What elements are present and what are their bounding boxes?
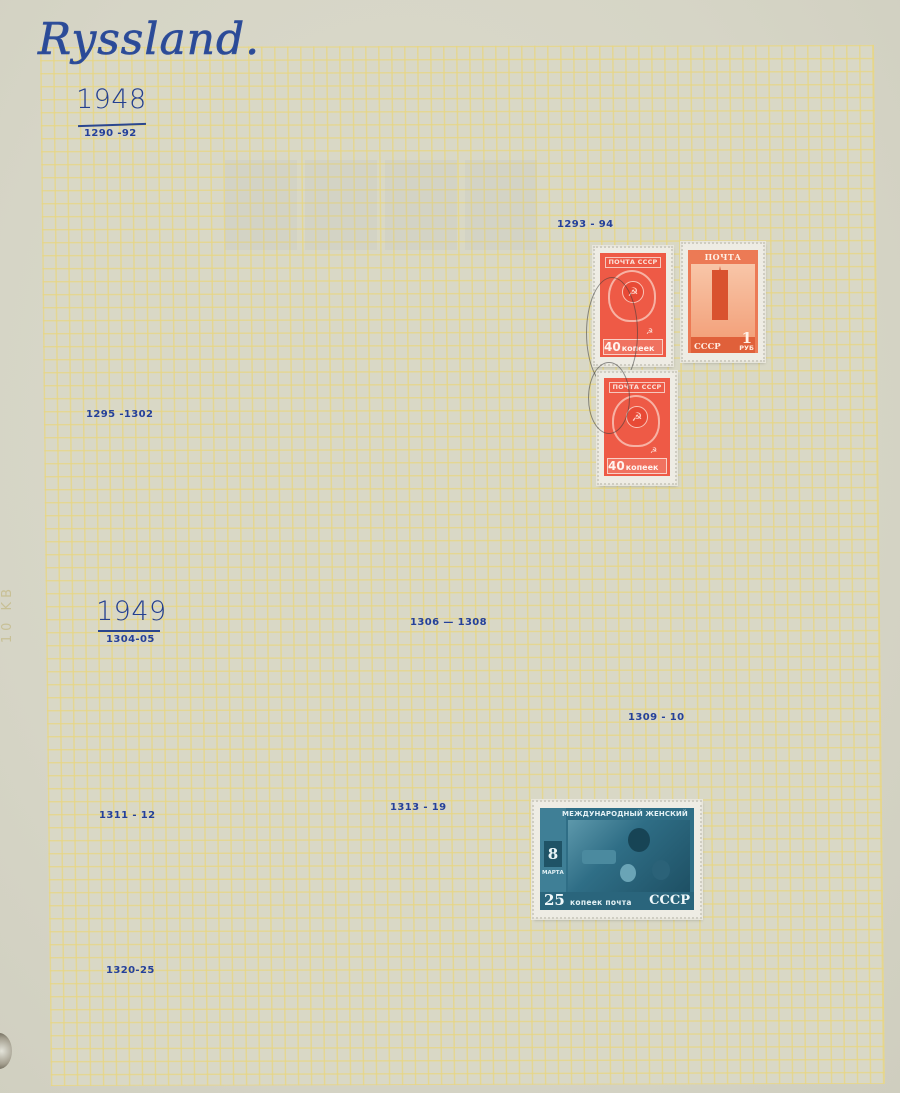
stamp-coat-of-arms-40k: ПОЧТА СССР ☭ ☭ 40копеек <box>598 372 676 484</box>
kremlin-tower-icon <box>712 258 728 320</box>
stamp-value: 40копеек <box>607 458 667 474</box>
stamp-header: ПОЧТА СССР <box>605 257 661 268</box>
range-label: 1313 - 19 <box>390 802 446 813</box>
stamp-coat-of-arms-40k: ПОЧТА СССР ☭ ☭ 40копеек <box>594 247 672 365</box>
stamp-value: 25 <box>544 891 565 909</box>
stamp-header: МЕЖДУНАРОДНЫЙ ЖЕНСКИЙ ДЕНЬ <box>562 809 692 819</box>
stamp-design: ПОЧТА СССР 1 РУБ <box>688 250 758 353</box>
stamp-womens-day-25k: 8 МАРТА МЕЖДУНАРОДНЫЙ ЖЕНСКИЙ ДЕНЬ 25 ко… <box>533 801 701 918</box>
range-label: 1304-05 <box>106 634 155 645</box>
album-page: 10 KB Ryssland. 1948 1290 -92 1293 - 94 … <box>0 0 900 1093</box>
ghost-mark <box>385 160 457 250</box>
ghost-mark <box>225 160 297 250</box>
stamp-design: 8 МАРТА МЕЖДУНАРОДНЫЙ ЖЕНСКИЙ ДЕНЬ 25 ко… <box>540 808 694 910</box>
range-label: 1293 - 94 <box>557 219 613 230</box>
range-label: 1309 - 10 <box>628 712 684 723</box>
year-heading-1948: 1948 <box>76 84 147 115</box>
range-label: 1311 - 12 <box>99 810 155 821</box>
hammer-sickle-icon: ☭ <box>646 327 660 337</box>
edge-print: 10 KB <box>0 585 15 643</box>
date-text: МАРТА <box>542 870 564 876</box>
stamp-country: СССР <box>694 342 721 352</box>
postmark <box>588 362 630 434</box>
stamp-country: СССР <box>649 893 690 908</box>
stamp-unit: РУБ <box>739 344 754 352</box>
stamp-scene <box>568 820 690 892</box>
range-label: 1306 — 1308 <box>410 617 487 628</box>
range-label: 1295 -1302 <box>86 409 153 420</box>
page-title: Ryssland. <box>38 14 260 65</box>
range-label: 1320-25 <box>106 965 155 976</box>
graph-grid <box>40 45 885 1086</box>
year-underline <box>98 630 160 632</box>
range-label: 1290 -92 <box>84 128 137 139</box>
ghost-mark <box>305 160 377 250</box>
stamp-kremlin-1r: ПОЧТА СССР 1 РУБ <box>682 243 764 361</box>
year-heading-1949: 1949 <box>96 596 167 627</box>
stamp-text: копеек почта <box>570 898 632 907</box>
date-number: 8 <box>544 841 562 867</box>
punch-hole <box>0 1033 12 1069</box>
hammer-sickle-icon: ☭ <box>650 446 664 456</box>
ghost-mark <box>465 160 537 250</box>
